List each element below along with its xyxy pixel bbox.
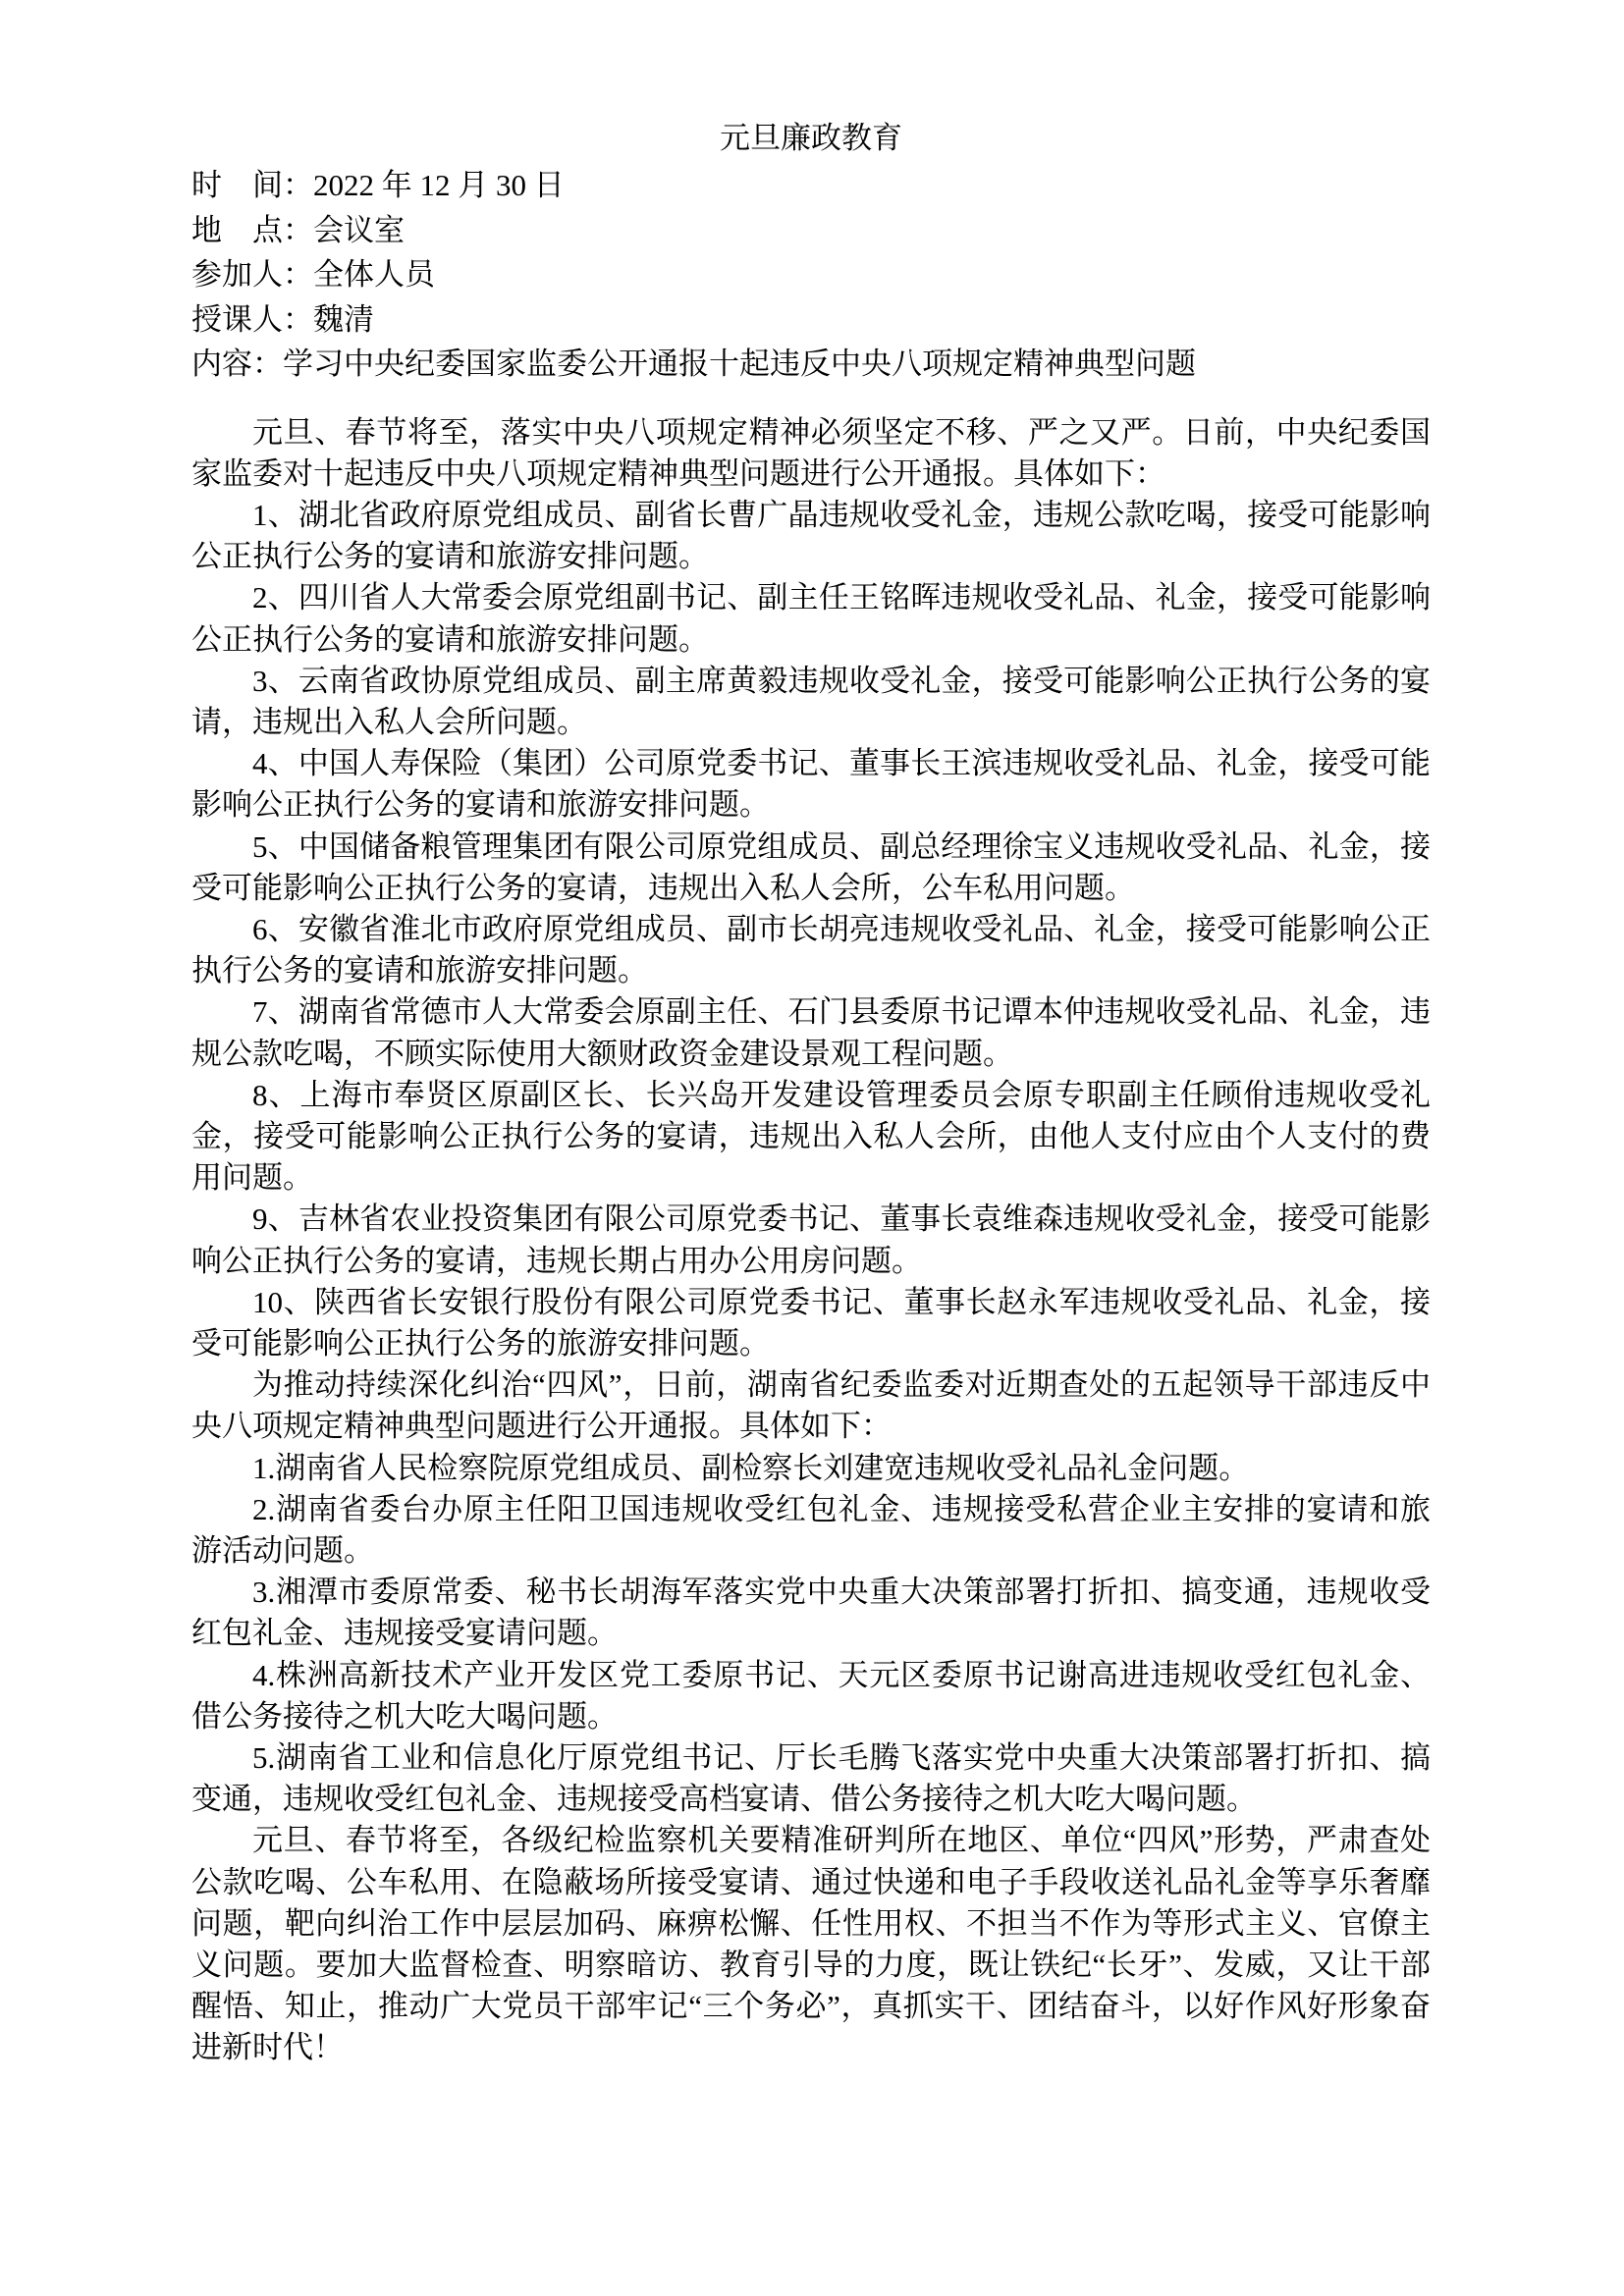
body-paragraph: 9、吉林省农业投资集团有限公司原党委书记、董事长袁维森违规收受礼金，接受可能影响… [191, 1199, 1431, 1281]
document-page: 元旦廉政教育 时 间：2022 年 12 月 30 日地 点：会议室参加人：全体… [0, 0, 1624, 2296]
meta-line: 内容：学习中央纪委国家监委公开通报十起违反中央八项规定精神典型问题 [191, 342, 1431, 387]
body-paragraph: 5、中国储备粮管理集团有限公司原党组成员、副总经理徐宝义违规收受礼品、礼金，接受… [191, 827, 1431, 909]
body-paragraph: 7、湖南省常德市人大常委会原副主任、石门县委原书记谭本仲违规收受礼品、礼金，违规… [191, 991, 1431, 1074]
body-section: 元旦、春节将至，落实中央八项规定精神必须坚定不移、严之又严。日前，中央纪委国家监… [191, 412, 1431, 2069]
body-paragraph: 3、云南省政协原党组成员、副主席黄毅违规收受礼金，接受可能影响公正执行公务的宴请… [191, 661, 1431, 743]
meta-section: 时 间：2022 年 12 月 30 日地 点：会议室参加人：全体人员授课人：魏… [191, 163, 1431, 387]
blank-line [191, 387, 1431, 412]
meta-line: 参加人：全体人员 [191, 252, 1431, 297]
meta-line: 授课人：魏清 [191, 297, 1431, 343]
body-paragraph: 2、四川省人大常委会原党组副书记、副主任王铭晖违规收受礼品、礼金，接受可能影响公… [191, 577, 1431, 660]
body-paragraph: 1、湖北省政府原党组成员、副省长曹广晶违规收受礼金，违规公款吃喝，接受可能影响公… [191, 495, 1431, 577]
meta-line: 时 间：2022 年 12 月 30 日 [191, 163, 1431, 208]
document-title: 元旦廉政教育 [191, 116, 1431, 161]
body-paragraph: 元旦、春节将至，落实中央八项规定精神必须坚定不移、严之又严。日前，中央纪委国家监… [191, 412, 1431, 495]
body-paragraph: 8、上海市奉贤区原副区长、长兴岛开发建设管理委员会原专职副主任顾佾违规收受礼金，… [191, 1075, 1431, 1200]
body-paragraph: 4、中国人寿保险（集团）公司原党委书记、董事长王滨违规收受礼品、礼金，接受可能影… [191, 743, 1431, 826]
body-paragraph: 为推动持续深化纠治“四风”，日前，湖南省纪委监委对近期查处的五起领导干部违反中央… [191, 1364, 1431, 1447]
body-paragraph: 1.湖南省人民检察院原党组成员、副检察长刘建宽违规收受礼品礼金问题。 [191, 1448, 1431, 1489]
body-paragraph: 6、安徽省淮北市政府原党组成员、副市长胡亮违规收受礼品、礼金，接受可能影响公正执… [191, 909, 1431, 991]
body-paragraph: 10、陕西省长安银行股份有限公司原党委书记、董事长赵永军违规收受礼品、礼金，接受… [191, 1282, 1431, 1364]
body-paragraph: 3.湘潭市委原常委、秘书长胡海军落实党中央重大决策部署打折扣、搞变通，违规收受红… [191, 1572, 1431, 1654]
body-paragraph: 元旦、春节将至，各级纪检监察机关要精准研判所在地区、单位“四风”形势，严肃查处公… [191, 1820, 1431, 2068]
body-paragraph: 4.株洲高新技术产业开发区党工委原书记、天元区委原书记谢高进违规收受红包礼金、借… [191, 1655, 1431, 1737]
body-paragraph: 2.湖南省委台办原主任阳卫国违规收受红包礼金、违规接受私营企业主安排的宴请和旅游… [191, 1489, 1431, 1572]
meta-line: 地 点：会议室 [191, 208, 1431, 253]
body-paragraph: 5.湖南省工业和信息化厅原党组书记、厅长毛腾飞落实党中央重大决策部署打折扣、搞变… [191, 1737, 1431, 1820]
